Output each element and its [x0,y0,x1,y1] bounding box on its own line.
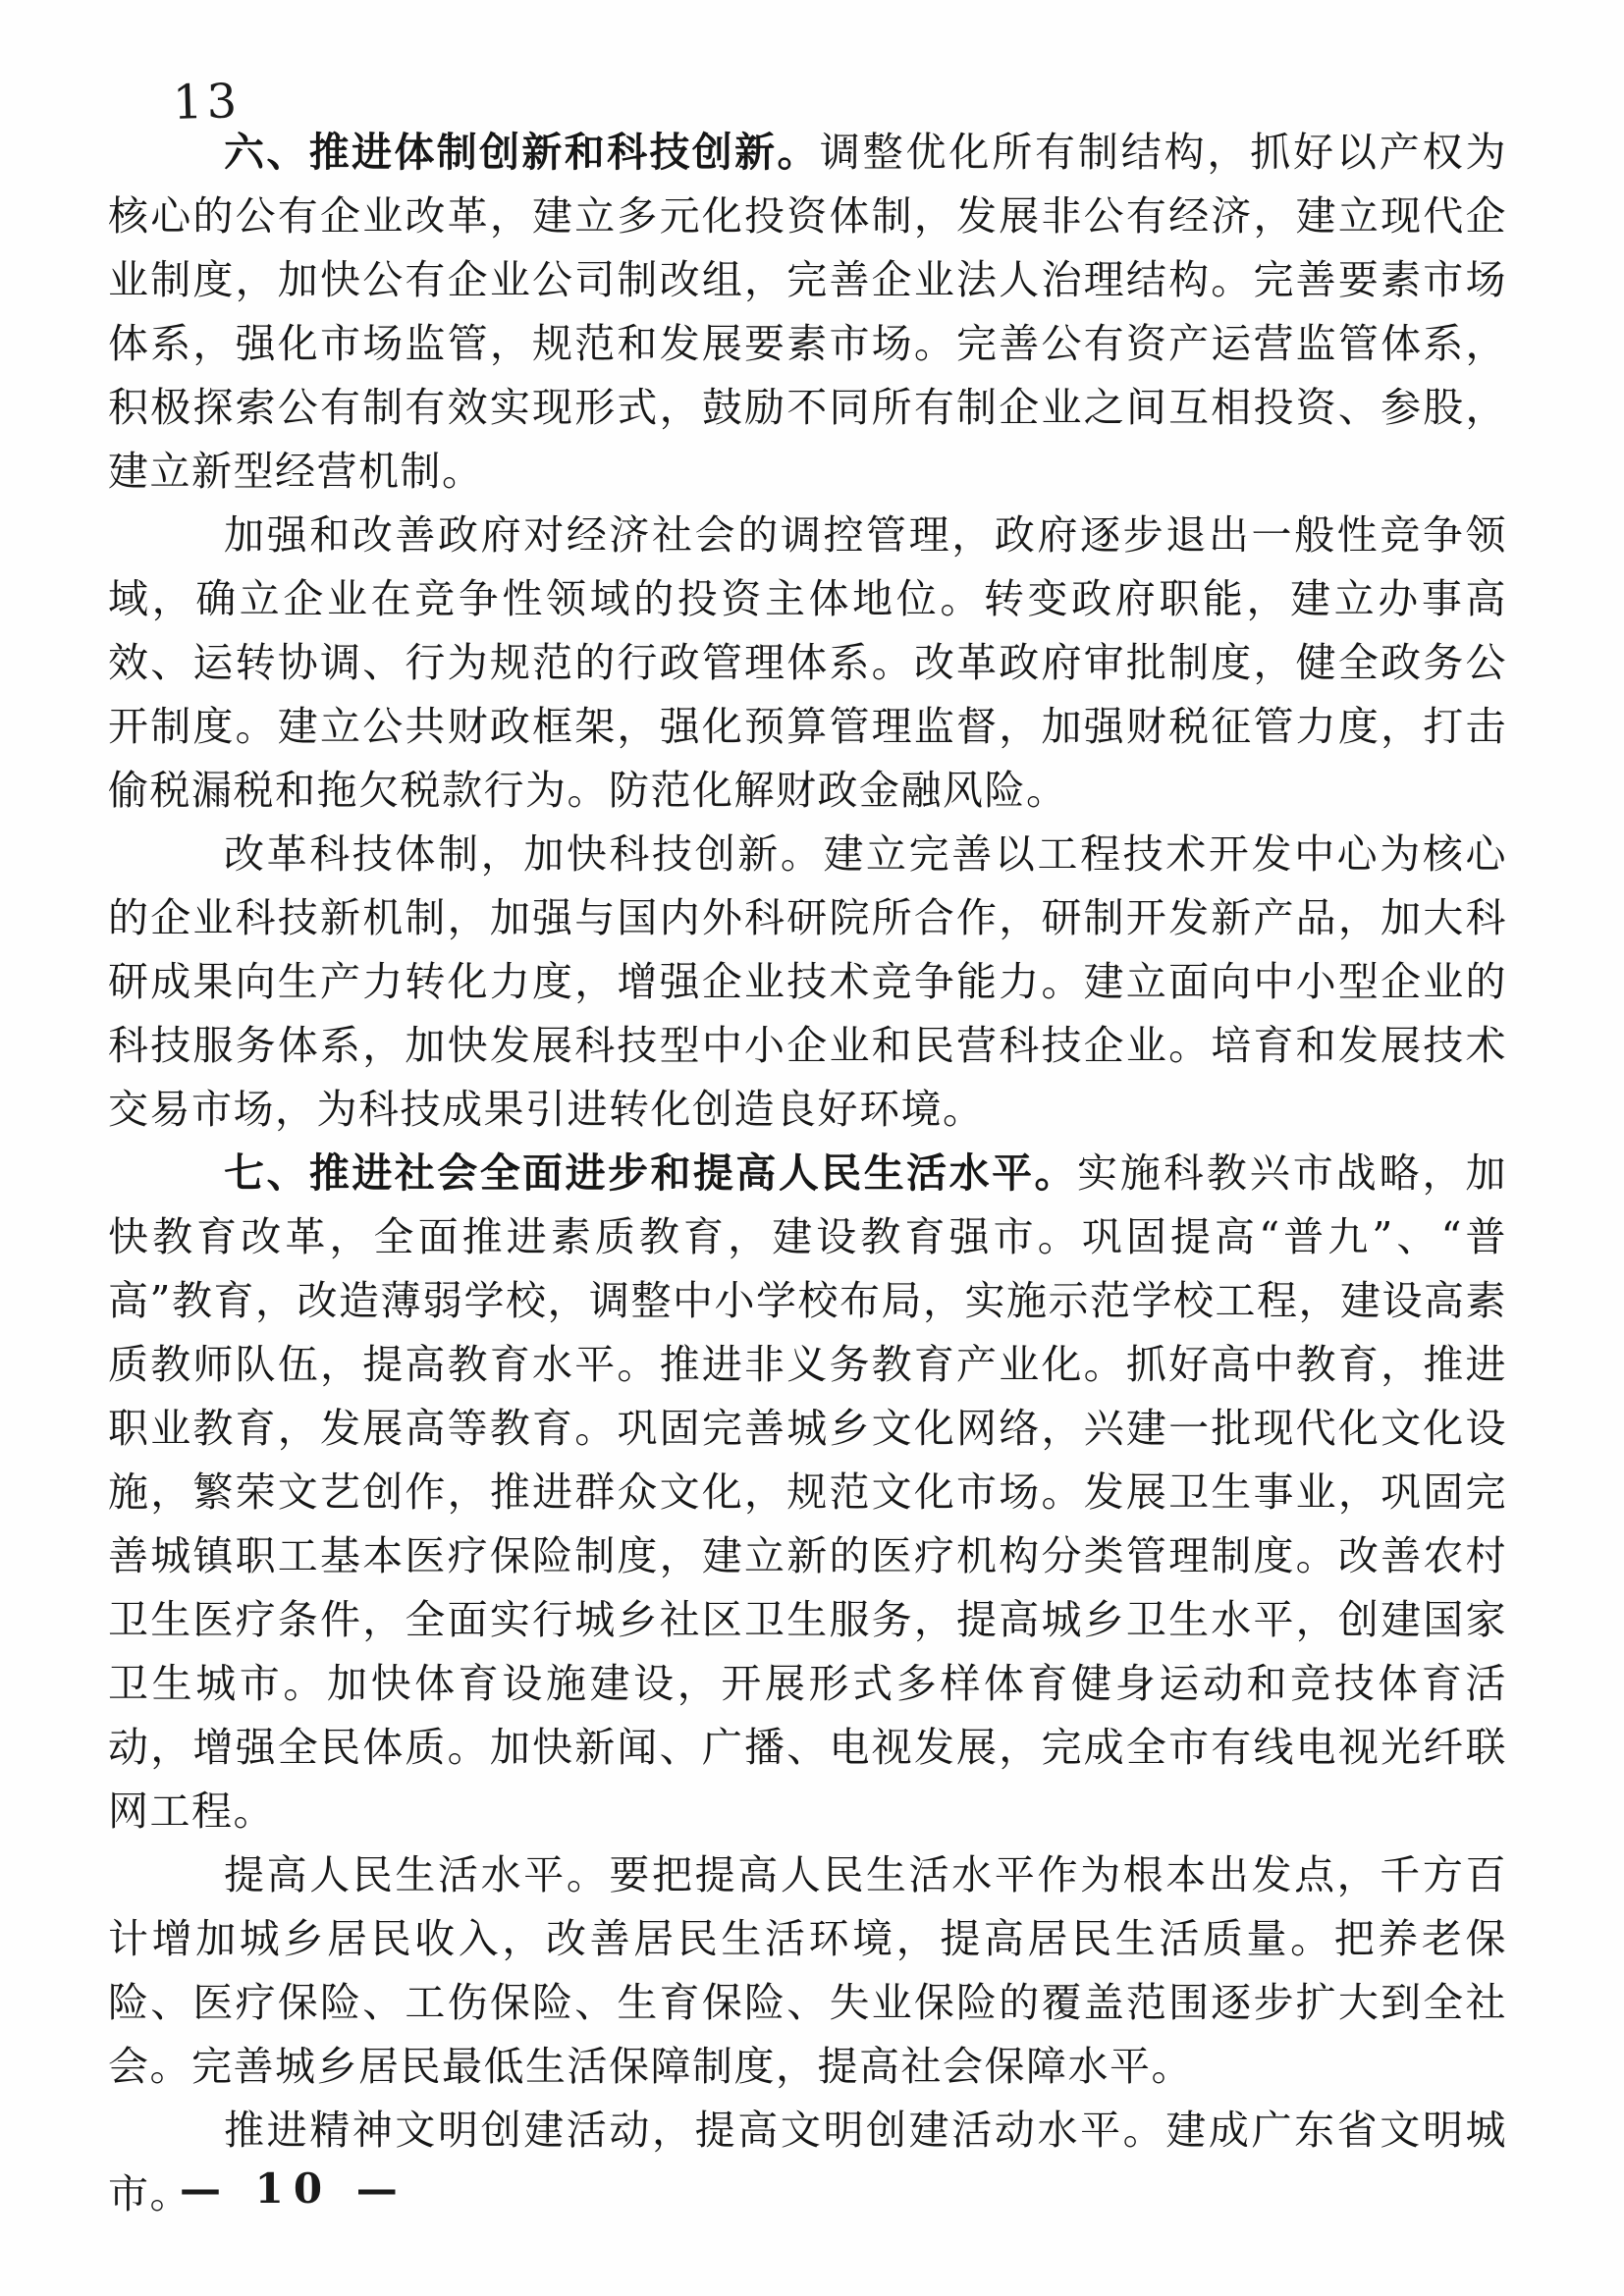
paragraph-text: 提高人民生活水平。要把提高人民生活水平作为根本出发点，千方百计增加城乡居民收入，… [108,1851,1507,2090]
page-footer-number: — 10 — [180,2164,407,2213]
paragraph-text: 改革科技体制，加快科技创新。建立完善以工程技术开发中心为核心的企业科技新机制，加… [108,830,1507,1133]
paragraph-section-6: 六、推进体制创新和科技创新。调整优化所有制结构，抓好以产权为核心的公有企业改革，… [108,121,1507,504]
paragraph: 改革科技体制，加快科技创新。建立完善以工程技术开发中心为核心的企业科技新机制，加… [108,823,1507,1142]
section-heading-6: 六、推进体制创新和科技创新。 [224,129,820,176]
section-heading-7: 七、推进社会全面进步和提高人民生活水平。 [224,1149,1077,1197]
paragraph: 加强和改善政府对经济社会的调控管理，政府逐步退出一般性竞争领域，确立企业在竞争性… [108,504,1507,823]
paragraph-section-7: 七、推进社会全面进步和提高人民生活水平。实施科教兴市战略，加快教育改革，全面推进… [108,1142,1507,1843]
paragraph-text: 调整优化所有制结构，抓好以产权为核心的公有企业改革，建立多元化投资体制，发展非公… [108,129,1507,495]
paragraph-text: 加强和改善政府对经济社会的调控管理，政府逐步退出一般性竞争领域，确立企业在竞争性… [108,511,1507,814]
paragraph: 提高人民生活水平。要把提高人民生活水平作为根本出发点，千方百计增加城乡居民收入，… [108,1843,1507,2099]
paragraph-text: 实施科教兴市战略，加快教育改革，全面推进素质教育，建设教育强市。巩固提高“普九”… [108,1149,1507,1835]
document-body: 六、推进体制创新和科技创新。调整优化所有制结构，抓好以产权为核心的公有企业改革，… [108,121,1507,2226]
document-page: 13 六、推进体制创新和科技创新。调整优化所有制结构，抓好以产权为核心的公有企业… [0,0,1624,2296]
